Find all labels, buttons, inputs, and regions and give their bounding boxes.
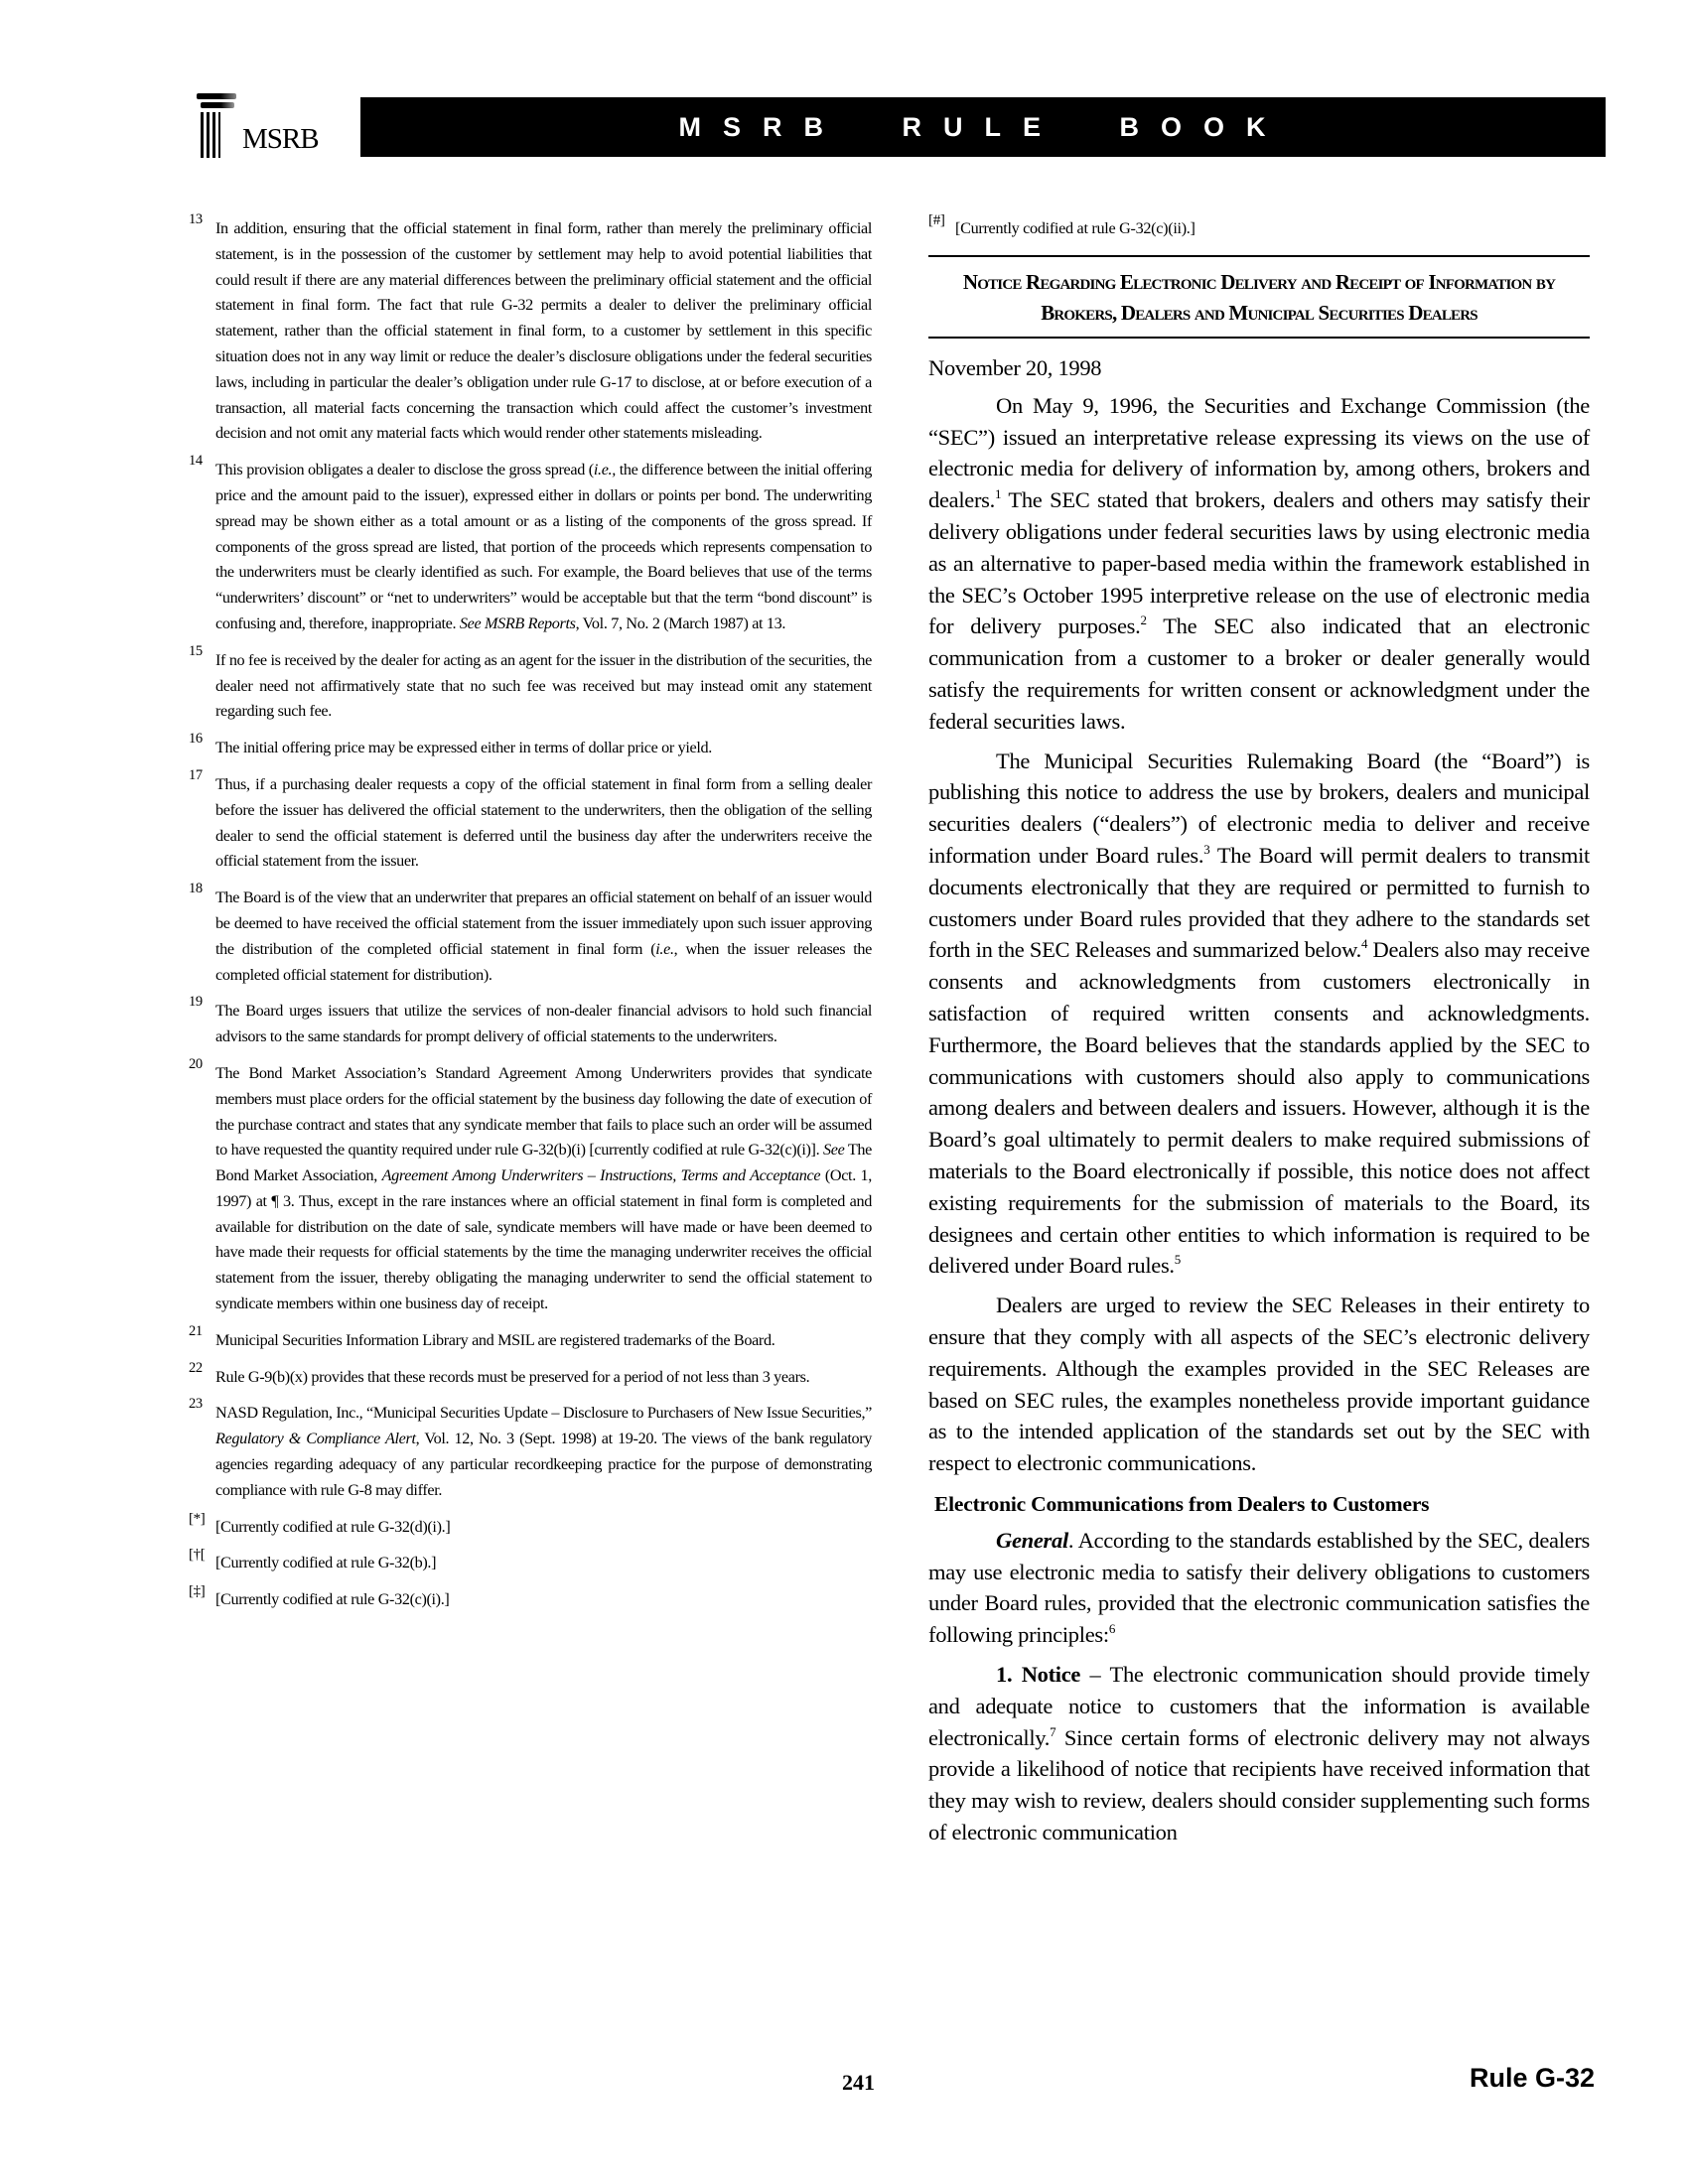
footnote-text: [Currently codified at rule G-32(c)(i).] (215, 1587, 872, 1613)
footnote-17: 17 Thus, if a purchasing dealer requests… (189, 772, 872, 875)
heading-rule-top (928, 255, 1590, 257)
run-in-heading: 1. Notice (996, 1662, 1080, 1687)
notice-date: November 20, 1998 (928, 352, 1590, 384)
footnote-15: 15 If no fee is received by the dealer f… (189, 648, 872, 725)
notice-title: Notice Regarding Electronic Delivery and… (928, 267, 1590, 329)
footnote-16: 16 The initial offering price may be exp… (189, 736, 872, 761)
footnote-number: 13 (189, 207, 203, 233)
left-column-footnotes: 13 In addition, ensuring that the offici… (189, 216, 872, 1624)
msrb-logo: MSRB (197, 93, 336, 159)
footnote-number: [‡] (189, 1579, 205, 1605)
footnote-19: 19 The Board urges issuers that utilize … (189, 999, 872, 1050)
footnote-number: 21 (189, 1319, 203, 1345)
column-pillar-icon (197, 93, 240, 159)
paragraph-notice-principle: 1. Notice – The electronic communication… (928, 1659, 1590, 1848)
footnote-text: This provision obligates a dealer to dis… (215, 461, 594, 478)
footnote-number: 17 (189, 763, 203, 789)
footnote-hash: [#] [Currently codified at rule G-32(c)(… (928, 216, 1590, 241)
footnote-text: Rule G-9(b)(x) provides that these recor… (215, 1365, 872, 1391)
citation-italic: See MSRB Reports (460, 614, 576, 632)
footnote-text: [Currently codified at rule G-32(c)(ii).… (955, 219, 1196, 237)
footnote-number: [†[ (189, 1543, 205, 1569)
footnote-23: 23 NASD Regulation, Inc., “Municipal Sec… (189, 1401, 872, 1503)
footnote-text: The Board urges issuers that utilize the… (215, 999, 872, 1050)
logo-text: MSRB (242, 123, 319, 155)
footnote-italic: i.e. (655, 940, 673, 958)
citation-signal-italic: See (823, 1141, 844, 1159)
footnote-ref[interactable]: 6 (1109, 1621, 1115, 1636)
heading-rule-bottom (928, 337, 1590, 339)
paragraph-review-releases: Dealers are urged to review the SEC Rele… (928, 1290, 1590, 1479)
footnote-number: 20 (189, 1052, 203, 1078)
footnote-text: NASD Regulation, Inc., “Municipal Securi… (215, 1404, 872, 1422)
section-heading: Electronic Communications from Dealers t… (934, 1489, 1590, 1519)
footnote-ref[interactable]: 5 (1175, 1252, 1181, 1267)
page-number: 241 (842, 2070, 875, 2096)
journal-title-italic: Regulatory & Compliance Alert (215, 1430, 416, 1447)
paragraph-sec-release: On May 9, 1996, the Securities and Excha… (928, 390, 1590, 738)
banner-title: MSRB RULE BOOK (679, 112, 1288, 143)
footnote-text: , Vol. 7, No. 2 (March 1987) at 13. (576, 614, 786, 632)
footnote-20: 20 The Bond Market Association’s Standar… (189, 1061, 872, 1317)
footnote-number: 16 (189, 727, 203, 752)
rule-label: Rule G-32 (1470, 2063, 1595, 2094)
footnote-21: 21 Municipal Securities Information Libr… (189, 1328, 872, 1354)
footnote-dagger: [†[ [Currently codified at rule G-32(b).… (189, 1551, 872, 1576)
footnote-text: (Oct. 1, 1997) at ¶ 3. Thus, except in t… (215, 1166, 872, 1312)
footnote-text: Thus, if a purchasing dealer requests a … (215, 772, 872, 875)
footnote-number: 18 (189, 877, 203, 902)
footnote-number: [#] (928, 208, 945, 233)
footnote-number: [*] (189, 1507, 205, 1533)
footnote-number: 22 (189, 1356, 203, 1382)
footnote-22: 22 Rule G-9(b)(x) provides that these re… (189, 1365, 872, 1391)
footnote-text: The initial offering price may be expres… (215, 736, 872, 761)
paragraph-board-notice: The Municipal Securities Rulemaking Boar… (928, 746, 1590, 1283)
footnote-number: 15 (189, 639, 203, 665)
right-column-notice: [#] [Currently codified at rule G-32(c)(… (928, 216, 1590, 1856)
footnote-text: the difference between the initial offer… (215, 461, 872, 632)
rule-book-banner: MSRB RULE BOOK (360, 97, 1606, 157)
citation-title-italic: Agreement Among Underwriters – Instructi… (382, 1166, 821, 1184)
run-in-heading: General (996, 1528, 1068, 1553)
footnote-text: [Currently codified at rule G-32(d)(i).] (215, 1515, 872, 1541)
footnote-18: 18 The Board is of the view that an unde… (189, 886, 872, 988)
paragraph-general: General. According to the standards esta… (928, 1525, 1590, 1651)
footnote-double-dagger: [‡] [Currently codified at rule G-32(c)(… (189, 1587, 872, 1613)
footnote-number: 14 (189, 449, 203, 475)
footnote-13: 13 In addition, ensuring that the offici… (189, 216, 872, 447)
footnote-text: Municipal Securities Information Library… (215, 1328, 872, 1354)
footnote-text: In addition, ensuring that the official … (215, 216, 872, 447)
footnote-text: If no fee is received by the dealer for … (215, 648, 872, 725)
footnote-text: The Bond Market Association’s Standard A… (215, 1064, 872, 1159)
footnote-asterisk: [*] [Currently codified at rule G-32(d)(… (189, 1515, 872, 1541)
footnote-14: 14 This provision obligates a dealer to … (189, 458, 872, 637)
footnote-number: 23 (189, 1392, 203, 1418)
footnote-italic: i.e., (594, 461, 616, 478)
footnote-text: [Currently codified at rule G-32(b).] (215, 1551, 872, 1576)
footnote-number: 19 (189, 990, 203, 1016)
